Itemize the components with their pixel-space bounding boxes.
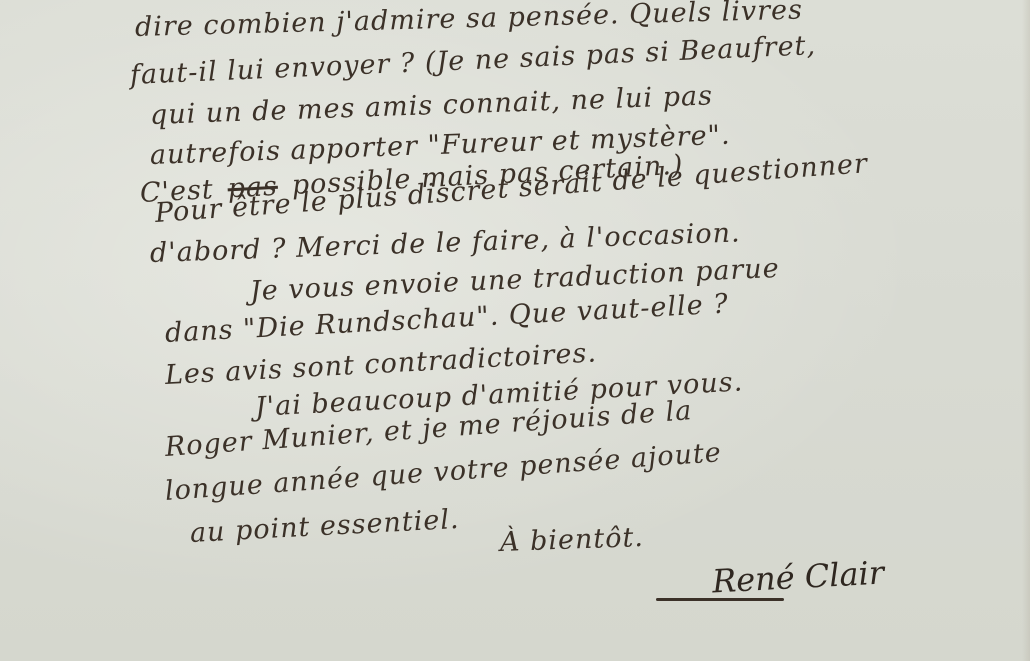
letter-line-14: au point essentiel. xyxy=(189,504,460,549)
letter-page: dire combien j'admire sa pensée. Quels l… xyxy=(0,0,1030,661)
signature-underline xyxy=(656,598,784,601)
signature: René Clair xyxy=(711,554,885,601)
letter-closing: À bientôt. xyxy=(499,522,644,558)
